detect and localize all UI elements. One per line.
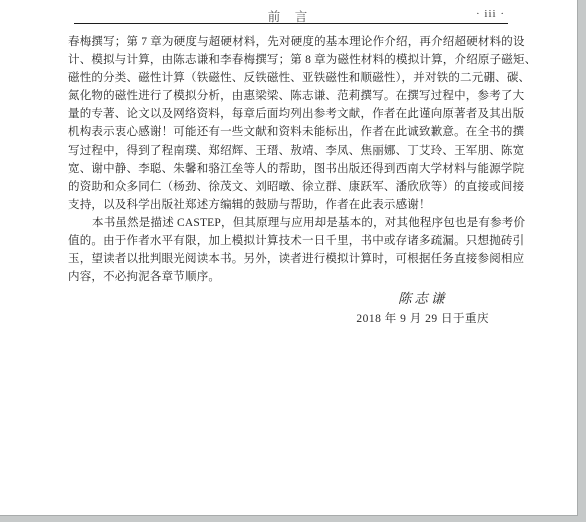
- signature-block: 陈志谦 2018 年 9 月 29 日于重庆: [356, 291, 489, 326]
- header-rule: [74, 23, 508, 24]
- text-line: 氮化物的磁性进行了模拟分析，由惠梁梁、陈志谦、范莉撰写。在撰写过程中，参考了大: [68, 87, 513, 105]
- text-line: 写过程中，得到了程南璞、郑绍辉、王瑨、敖靖、李凤、焦丽娜、丁艾玲、王军朋、陈宽: [68, 142, 513, 160]
- text-line: 内容，不必拘泥各章节顺序。: [68, 268, 513, 286]
- text-line: 值的。由于作者水平有限，加上模拟计算技术一日千里，书中或存诸多疏漏。只想抛砖引: [68, 232, 513, 250]
- text-line: 磁性的分类、磁性计算（铁磁性、反铁磁性、亚铁磁性和顺磁性），并对铁的二元硼、碳、: [68, 69, 513, 87]
- text-line: 春梅撰写；第 7 章为硬度与超硬材料，先对硬度的基本理论作介绍，再介绍超硬材料的…: [68, 33, 513, 51]
- signature-date: 2018 年 9 月 29 日于重庆: [356, 310, 489, 326]
- text-line: 的资助和众多同仁（杨劲、徐茂文、刘昭暾、徐立群、康跃军、潘欣欣等）的直接或间接: [68, 178, 513, 196]
- text-line: 量的专著、论文以及网络资料，每章后面均列出参考文献，作者在此谨向原著者及其出版: [68, 105, 513, 123]
- text-line: 支持，以及科学出版社郑述方编辑的鼓励与帮助，作者在此表示感谢！: [68, 196, 513, 214]
- text-line: 宽、谢中静、李聪、朱馨和骆江垒等人的帮助，图书出版还得到西南大学材料与能源学院: [68, 160, 513, 178]
- body-text: 春梅撰写；第 7 章为硬度与超硬材料，先对硬度的基本理论作介绍，再介绍超硬材料的…: [68, 33, 513, 286]
- text-line: 计、模拟与计算，由陈志谦和李春梅撰写；第 8 章为磁性材料的模拟计算，介绍原子磁…: [68, 51, 513, 69]
- signature-name: 陈志谦: [356, 291, 489, 306]
- book-page: 前 言 · iii · 春梅撰写；第 7 章为硬度与超硬材料，先对硬度的基本理论…: [0, 0, 578, 516]
- text-line: 本书虽然是描述 CASTEP，但其原理与应用却是基本的，对其他程序包也是有参考价: [68, 214, 513, 232]
- page-number: · iii ·: [476, 8, 505, 20]
- text-line: 机构表示衷心感谢！可能还有一些文献和资料未能标出，作者在此诚致歉意。在全书的撰: [68, 123, 513, 141]
- document-viewport: 前 言 · iii · 春梅撰写；第 7 章为硬度与超硬材料，先对硬度的基本理论…: [0, 0, 586, 522]
- text-line: 玉，望读者以批判眼光阅读本书。另外，读者进行模拟计算时，可根据任务直接参阅相应: [68, 250, 513, 268]
